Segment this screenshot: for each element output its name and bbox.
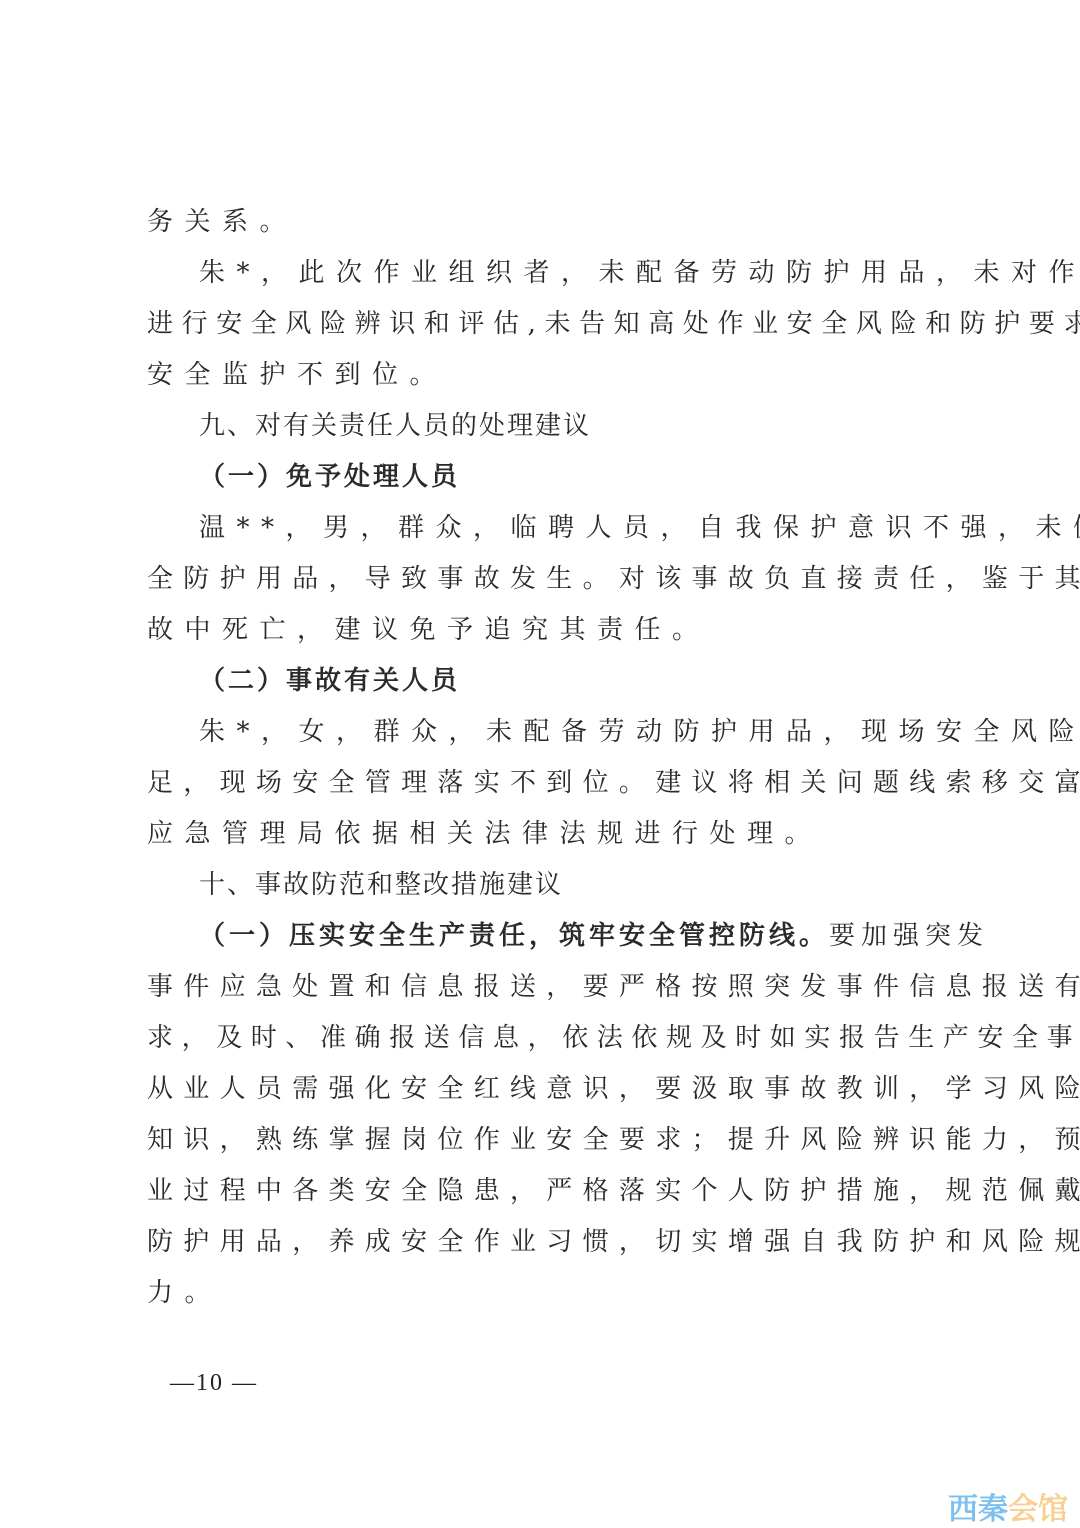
watermark-part2: 会馆 <box>1008 1492 1068 1527</box>
text-line: 进行安全风险辨识和评估,未告知高处作业安全风险和防护要求， <box>147 299 947 350</box>
text-line: 足，现场安全管理落实不到位。建议将相关问题线索移交富顺县 <box>147 758 947 809</box>
text-line: 求，及时、准确报送信息，依法依规及时如实报告生产安全事故； <box>147 1013 947 1064</box>
text-line: 业过程中各类安全隐患，严格落实个人防护措施，规范佩戴劳动 <box>147 1166 947 1217</box>
document-page: 务关系。 朱*，此次作业组织者，未配备劳动防护用品，未对作业区域 进行安全风险辨… <box>147 197 947 1319</box>
text-line: 知识，熟练掌握岗位作业安全要求；提升风险辨识能力，预判作 <box>147 1115 947 1166</box>
text-line: 安全监护不到位。 <box>147 350 947 401</box>
text-line: 温**，男，群众，临聘人员，自我保护意识不强，未佩戴安 <box>147 503 947 554</box>
text-line: 从业人员需强化安全红线意识，要汲取事故教训，学习风险防控 <box>147 1064 947 1115</box>
text-line: 全防护用品，导致事故发生。对该事故负直接责任，鉴于其在事 <box>147 554 947 605</box>
text-line: 力。 <box>147 1268 947 1319</box>
bold-lead: （一）压实安全生产责任，筑牢安全管控防线。 <box>199 921 829 951</box>
text-line: 应急管理局依据相关法律法规进行处理。 <box>147 809 947 860</box>
text-line: 故中死亡，建议免予追究其责任。 <box>147 605 947 656</box>
body-continuation: 要加强突发 <box>829 921 989 951</box>
subsection-heading-related: （二）事故有关人员 <box>147 656 947 707</box>
text-line: 务关系。 <box>147 197 947 248</box>
watermark-logo: 西秦会馆 <box>948 1484 1068 1528</box>
text-line: 朱*，此次作业组织者，未配备劳动防护用品，未对作业区域 <box>147 248 947 299</box>
text-line: 防护用品，养成安全作业习惯，切实增强自我防护和风险规避能 <box>147 1217 947 1268</box>
section-heading-10: 十、事故防范和整改措施建议 <box>147 860 947 911</box>
text-line: 事件应急处置和信息报送，要严格按照突发事件信息报送有关要 <box>147 962 947 1013</box>
text-line: 朱*，女，群众，未配备劳动防护用品，现场安全风险辨识不 <box>147 707 947 758</box>
page-number: —10 — <box>170 1370 258 1397</box>
section-heading-9: 九、对有关责任人员的处理建议 <box>147 401 947 452</box>
subsection-heading-exempt: （一）免予处理人员 <box>147 452 947 503</box>
watermark-part1: 西秦 <box>948 1492 1008 1527</box>
text-line-mixed: （一）压实安全生产责任，筑牢安全管控防线。要加强突发 <box>147 911 947 962</box>
